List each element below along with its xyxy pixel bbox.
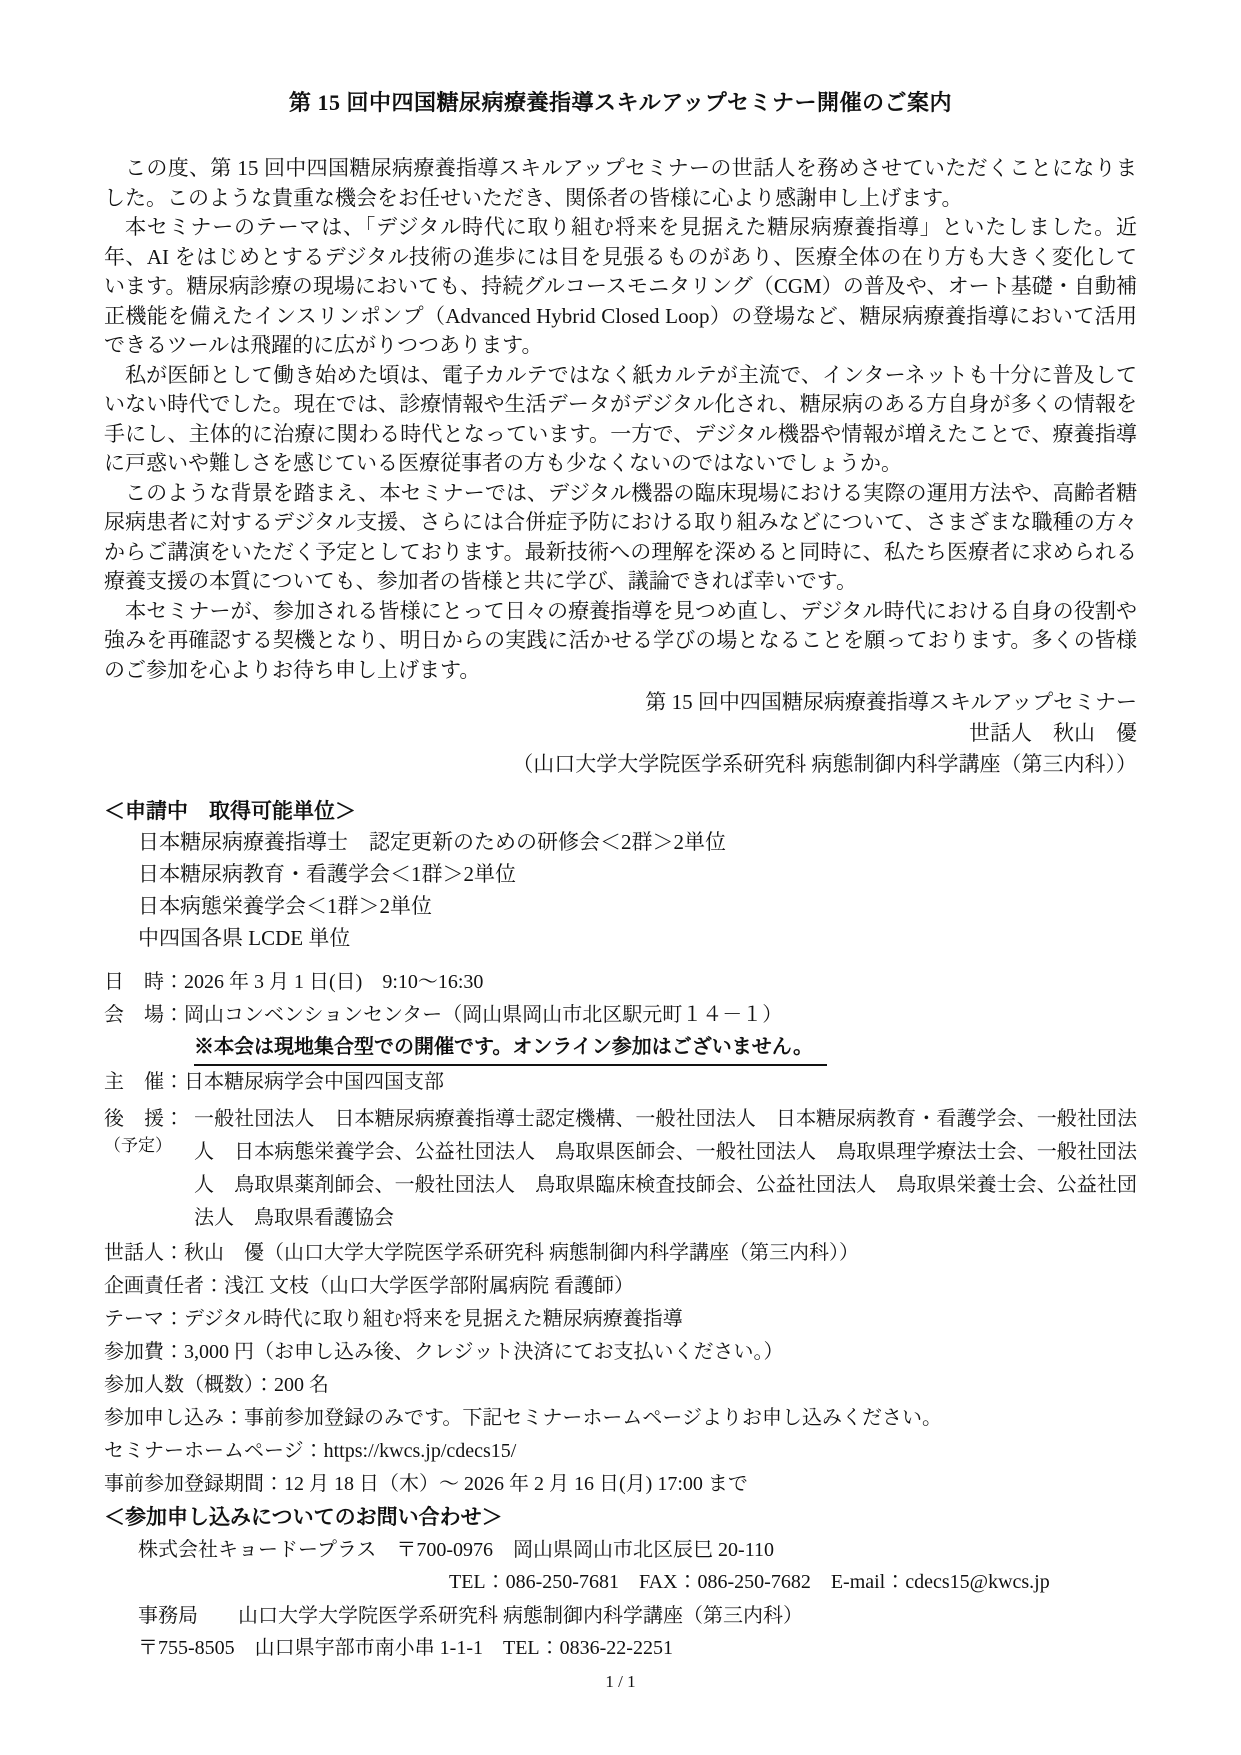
contact-office-line: 事務局 山口大学大学院医学系研究科 病態制御内科学講座（第三内科） [104,1600,1137,1632]
application-row: 参加申し込み：事前参加登録のみです。下記セミナーホームページよりお申し込みくださ… [104,1402,1137,1435]
schedule-row: 日 時：2026 年 3 月 1 日(日) 9:10～16:30 [104,966,1137,999]
supporters-label-column: 後 援： （予定） [104,1103,194,1156]
fee-label: 参加費： [104,1341,184,1363]
supporters-planned-sublabel: （予定） [104,1136,194,1156]
website-url: https://kwcs.jp/cdecs15/ [324,1440,517,1462]
paragraph-3: 私が医師として働き始めた頃は、電子カルテではなく紙カルテが主流で、インターネット… [104,361,1137,479]
schedule-value: 2026 年 3 月 1 日(日) 9:10～16:30 [184,971,483,993]
planner-row: 企画責任者：浅江 文枝（山口大学医学部附属病院 看護師） [104,1270,1137,1303]
venue-row: 会 場：岡山コンベンションセンター（岡山県岡山市北区駅元町１４－１） [104,999,1137,1032]
capacity-row: 参加人数（概数）：200 名 [104,1369,1137,1402]
theme-row: テーマ：デジタル時代に取り組む将来を見据えた糖尿病療養指導 [104,1303,1137,1336]
document-title: 第 15 回中四国糖尿病療養指導スキルアップセミナー開催のご案内 [104,88,1137,118]
planner-label: 企画責任者： [104,1275,224,1297]
unit-item-1: 日本糖尿病療養指導士 認定更新のための研修会＜2群＞2単位 [104,826,1137,858]
unit-item-3: 日本病態栄養学会＜1群＞2単位 [104,890,1137,922]
application-value: 事前参加登録のみです。下記セミナーホームページよりお申し込みください。 [244,1407,942,1429]
organizer-label: 主 催： [104,1071,184,1093]
paragraph-4: このような背景を踏まえ、本セミナーでは、デジタル機器の臨床現場における実際の運用… [104,479,1137,597]
application-label: 参加申し込み： [104,1407,244,1429]
capacity-value: 200 名 [274,1374,329,1396]
unit-item-4: 中四国各県 LCDE 単位 [104,922,1137,954]
theme-label: テーマ： [104,1308,184,1330]
supporters-row: 後 援： （予定） 一般社団法人 日本糖尿病療養指導士認定機構、一般社団法人 日… [104,1103,1137,1235]
contact-heading: ＜参加申し込みについてのお問い合わせ＞ [104,1501,1137,1534]
website-label: セミナーホームページ： [104,1440,324,1462]
onsite-only-note: ※本会は現地集合型での開催です。オンライン参加はございません。 [194,1032,827,1066]
fee-row: 参加費：3,000 円（お申し込み後、クレジット決済にてお支払いください。） [104,1336,1137,1369]
unit-item-2: 日本糖尿病教育・看護学会＜1群＞2単位 [104,858,1137,890]
schedule-label: 日 時： [104,971,184,993]
paragraph-2: 本セミナーのテーマは、「デジタル時代に取り組む将来を見据えた糖尿病療養指導」とい… [104,213,1137,361]
venue-note-row: ※本会は現地集合型での開催です。オンライン参加はございません。 [194,1032,1137,1066]
caretaker-label: 世話人： [104,1242,184,1264]
caretaker-row: 世話人：秋山 優（山口大学大学院医学系研究科 病態制御内科学講座（第三内科）） [104,1237,1137,1270]
supporters-label: 後 援： [104,1103,194,1136]
planner-value: 浅江 文枝（山口大学医学部附属病院 看護師） [224,1275,634,1297]
signature-caretaker-name: 世話人 秋山 優 [104,718,1137,749]
document-page: 第 15 回中四国糖尿病療養指導スキルアップセミナー開催のご案内 この度、第 1… [0,0,1241,1755]
contact-company-line: 株式会社キョードープラス 〒700-0976 岡山県岡山市北区辰巳 20-110 [104,1534,1137,1566]
credit-units-heading: ＜申請中 取得可能単位＞ [104,796,1137,826]
website-row: セミナーホームページ：https://kwcs.jp/cdecs15/ [104,1435,1137,1468]
signature-block: 第 15 回中四国糖尿病療養指導スキルアップセミナー 世話人 秋山 優 （山口大… [104,687,1137,780]
credit-units-section: ＜申請中 取得可能単位＞ 日本糖尿病療養指導士 認定更新のための研修会＜2群＞2… [104,796,1137,954]
capacity-label: 参加人数（概数）： [104,1374,274,1396]
paragraph-1: この度、第 15 回中四国糖尿病療養指導スキルアップセミナーの世話人を務めさせて… [104,154,1137,213]
event-details-section: 日 時：2026 年 3 月 1 日(日) 9:10～16:30 会 場：岡山コ… [104,966,1137,1664]
signature-affiliation: （山口大学大学院医学系研究科 病態制御内科学講座（第三内科）） [104,749,1137,780]
supporters-value: 一般社団法人 日本糖尿病療養指導士認定機構、一般社団法人 日本糖尿病教育・看護学… [194,1103,1137,1235]
caretaker-value: 秋山 優（山口大学大学院医学系研究科 病態制御内科学講座（第三内科）） [184,1242,859,1264]
organizer-row: 主 催：日本糖尿病学会中国四国支部 [104,1066,1137,1099]
body-paragraphs: この度、第 15 回中四国糖尿病療養指導スキルアップセミナーの世話人を務めさせて… [104,154,1137,685]
contact-company-tel-line: TEL：086-250-7681 FAX：086-250-7682 E-mail… [104,1566,1137,1598]
registration-period-row: 事前参加登録期間：12 月 18 日（木）～ 2026 年 2 月 16 日(月… [104,1468,1137,1501]
organizer-value: 日本糖尿病学会中国四国支部 [184,1071,444,1093]
venue-value: 岡山コンベンションセンター（岡山県岡山市北区駅元町１４－１） [184,1004,782,1026]
fee-value: 3,000 円（お申し込み後、クレジット決済にてお支払いください。） [184,1341,784,1363]
registration-period-label: 事前参加登録期間： [104,1473,284,1495]
theme-value: デジタル時代に取り組む将来を見据えた糖尿病療養指導 [184,1308,683,1330]
venue-label: 会 場： [104,1004,184,1026]
signature-seminar-name: 第 15 回中四国糖尿病療養指導スキルアップセミナー [104,687,1137,718]
paragraph-5: 本セミナーが、参加される皆様にとって日々の療養指導を見つめ直し、デジタル時代にお… [104,597,1137,686]
page-number: 1 / 1 [0,1672,1241,1692]
contact-office-address-line: 〒755-8505 山口県宇部市南小串 1-1-1 TEL：0836-22-22… [104,1632,1137,1664]
registration-period-value: 12 月 18 日（木）～ 2026 年 2 月 16 日(月) 17:00 ま… [284,1473,748,1495]
